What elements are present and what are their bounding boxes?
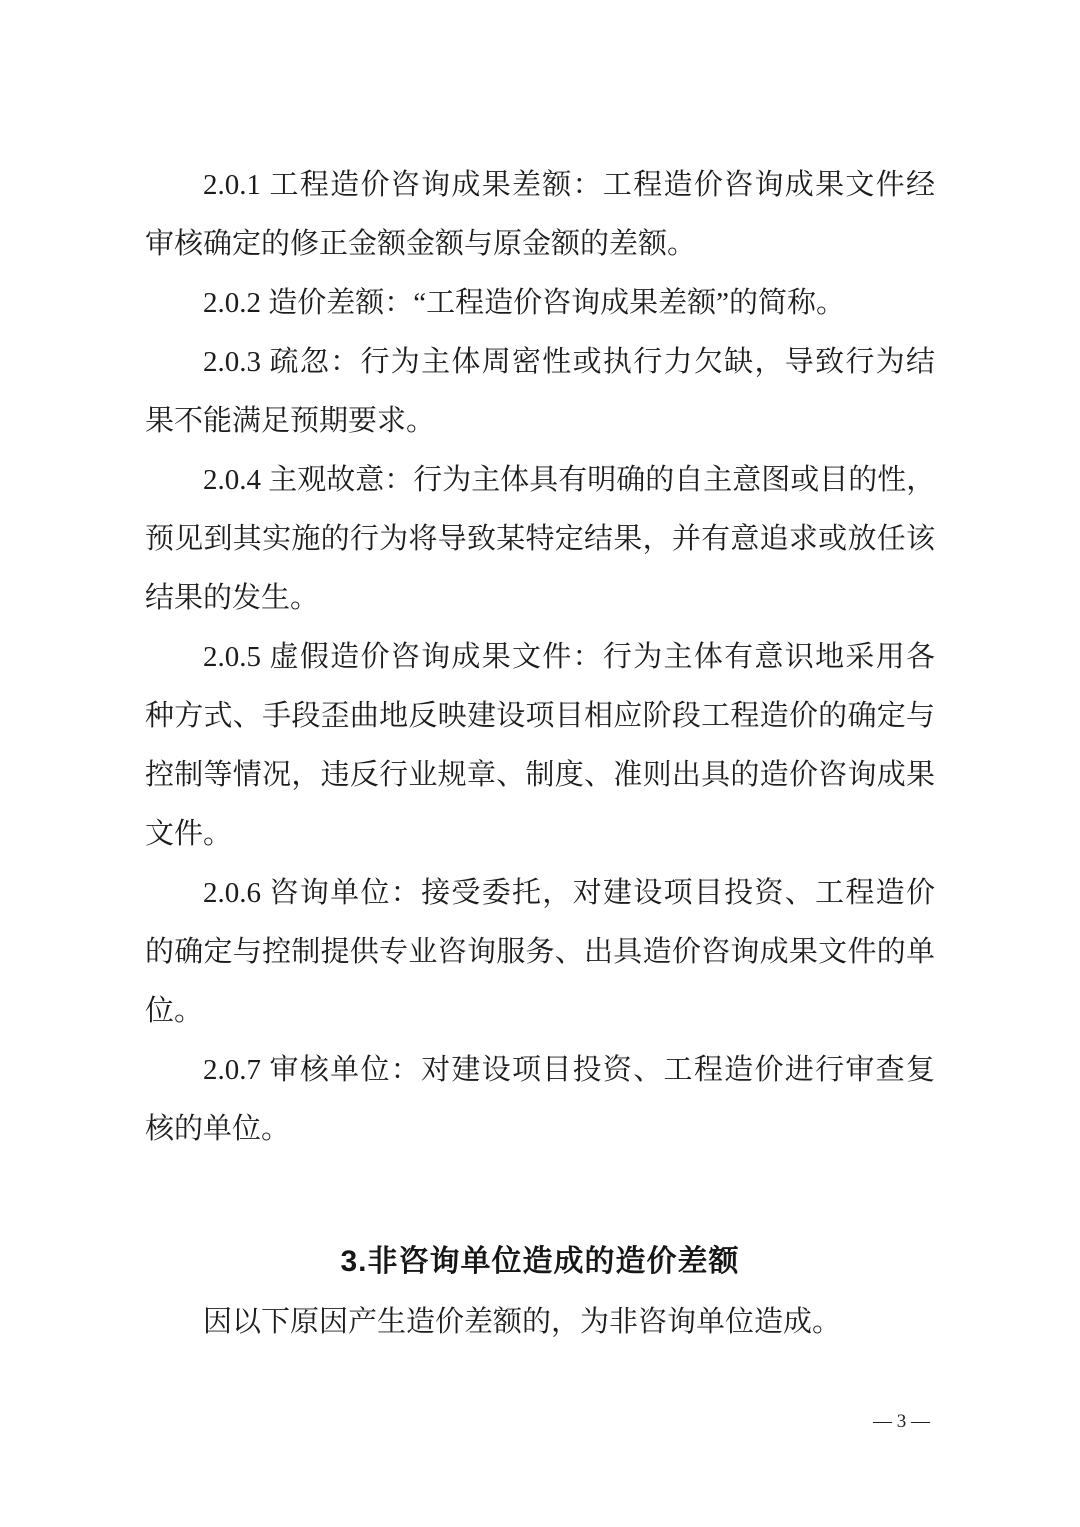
document-page: 2.0.1 工程造价咨询成果差额：工程造价咨询成果文件经审核确定的修正金额金额与… [0,0,1080,1527]
body-line: 核的单位。 [145,1100,935,1159]
body-line: 的确定与控制提供专业咨询服务、出具造价咨询成果文件的单 [145,923,935,982]
paragraph: 2.0.5 虚假造价咨询成果文件：行为主体有意识地采用各种方式、手段歪曲地反映建… [145,628,935,864]
page-number: — 3 — [873,1408,930,1436]
terms-definitions-section: 2.0.1 工程造价咨询成果差额：工程造价咨询成果文件经审核确定的修正金额金额与… [145,156,935,1159]
body-line: 2.0.2 造价差额：“工程造价咨询成果差额”的简称。 [145,274,935,333]
body-line: 控制等情况，违反行业规章、制度、准则出具的造价咨询成果 [145,746,935,805]
body-line: 位。 [145,982,935,1041]
body-line: 文件。 [145,805,935,864]
section3-body: 因以下原因产生造价差额的，为非咨询单位造成。 [145,1293,935,1352]
paragraph: 因以下原因产生造价差额的，为非咨询单位造成。 [145,1293,935,1352]
paragraph: 2.0.6 咨询单位：接受委托，对建设项目投资、工程造价的确定与控制提供专业咨询… [145,864,935,1041]
body-line: 2.0.5 虚假造价咨询成果文件：行为主体有意识地采用各 [145,628,935,687]
body-line: 2.0.3 疏忽：行为主体周密性或执行力欠缺，导致行为结 [145,333,935,392]
paragraph: 2.0.7 审核单位：对建设项目投资、工程造价进行审查复核的单位。 [145,1041,935,1159]
paragraph: 2.0.1 工程造价咨询成果差额：工程造价咨询成果文件经审核确定的修正金额金额与… [145,156,935,274]
body-line: 果不能满足预期要求。 [145,392,935,451]
paragraph: 2.0.4 主观故意：行为主体具有明确的自主意图或目的性，预见到其实施的行为将导… [145,451,935,628]
body-line: 2.0.1 工程造价咨询成果差额：工程造价咨询成果文件经 [145,156,935,215]
body-line: 结果的发生。 [145,569,935,628]
body-line: 2.0.6 咨询单位：接受委托，对建设项目投资、工程造价 [145,864,935,923]
document-body: 2.0.1 工程造价咨询成果差额：工程造价咨询成果文件经审核确定的修正金额金额与… [145,156,935,1352]
paragraph: 2.0.2 造价差额：“工程造价咨询成果差额”的简称。 [145,274,935,333]
section-heading: 3.非咨询单位造成的造价差额 [145,1231,935,1293]
body-line: 预见到其实施的行为将导致某特定结果，并有意追求或放任该 [145,510,935,569]
body-line: 审核确定的修正金额金额与原金额的差额。 [145,215,935,274]
paragraph: 2.0.3 疏忽：行为主体周密性或执行力欠缺，导致行为结果不能满足预期要求。 [145,333,935,451]
body-line: 因以下原因产生造价差额的，为非咨询单位造成。 [145,1293,935,1352]
body-line: 种方式、手段歪曲地反映建设项目相应阶段工程造价的确定与 [145,687,935,746]
body-line: 2.0.7 审核单位：对建设项目投资、工程造价进行审查复 [145,1041,935,1100]
body-line: 2.0.4 主观故意：行为主体具有明确的自主意图或目的性， [145,451,935,510]
